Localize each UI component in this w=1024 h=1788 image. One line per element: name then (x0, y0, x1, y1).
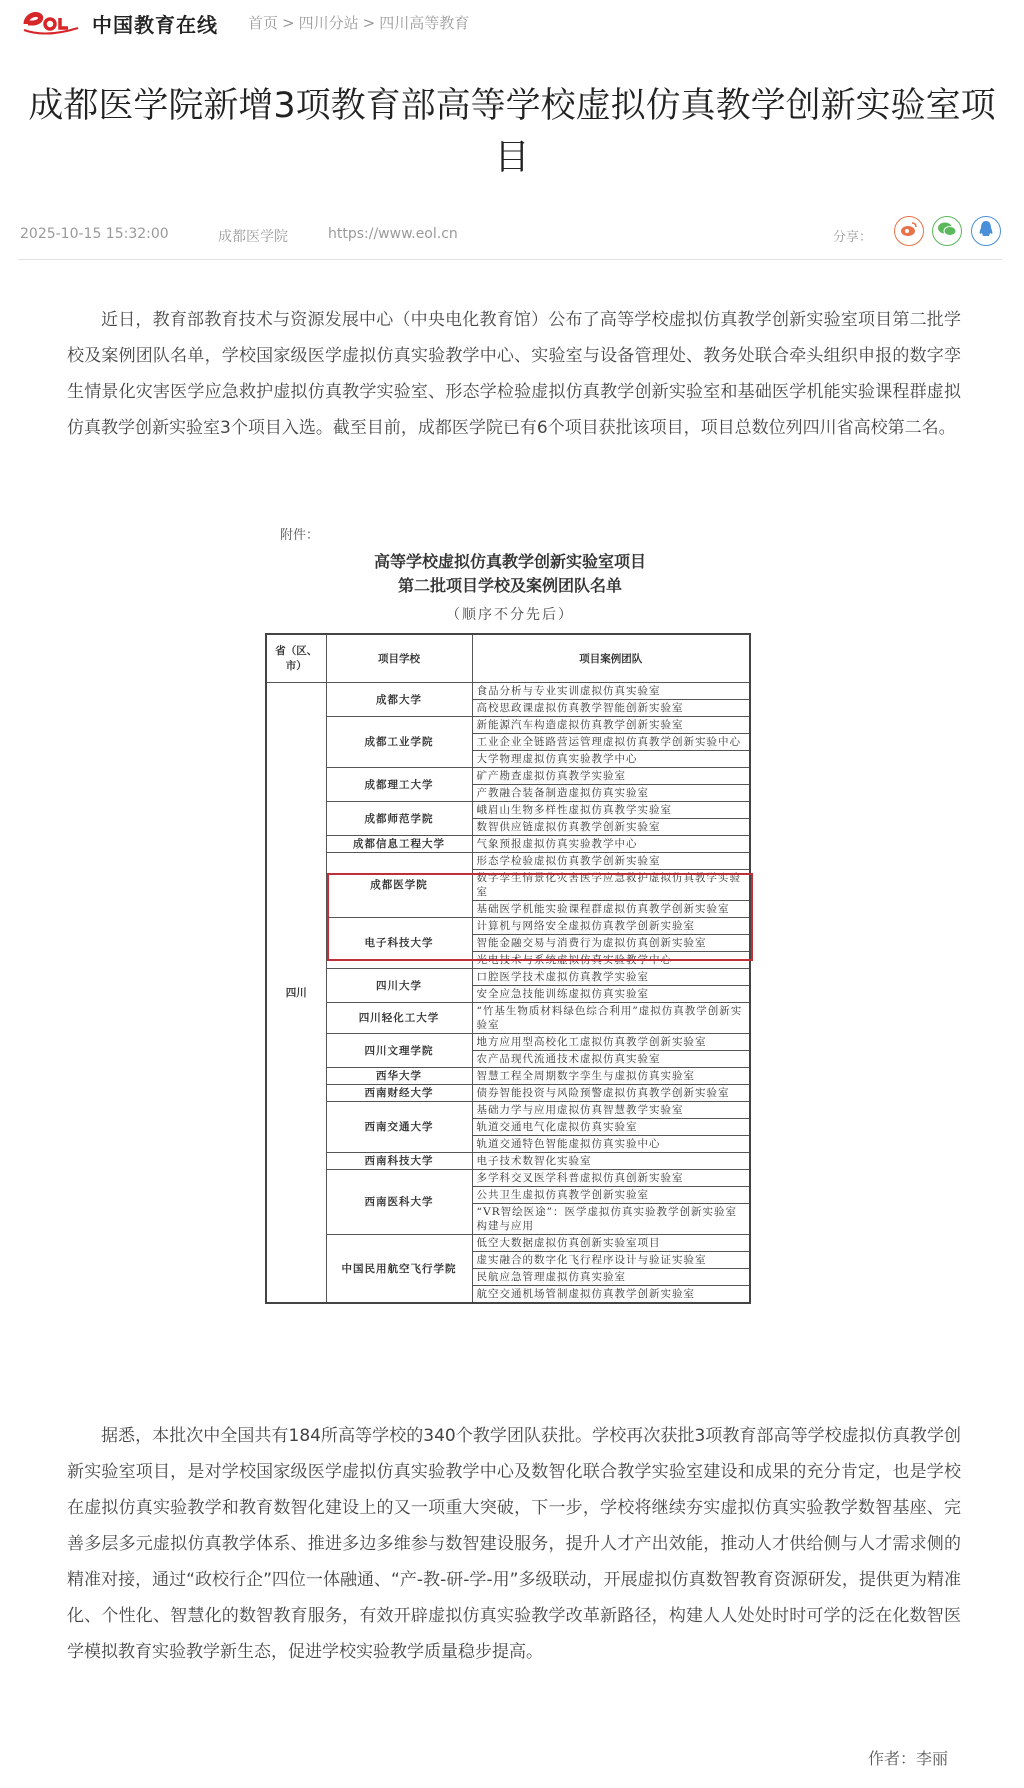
qq-icon (979, 220, 993, 242)
team-cell: 口腔医学技术虚拟仿真教学实验室 (472, 968, 750, 985)
breadcrumb-higher-edu[interactable]: 四川高等教育 (379, 14, 469, 32)
table-row: 西南科技大学电子技术数智化实验室 (266, 1152, 750, 1169)
table-row: 四川轻化工大学“竹基生物质材料绿色综合利用”虚拟仿真教学创新实验室 (266, 1002, 750, 1033)
attachment-subtitle: （顺序不分先后） (260, 604, 760, 624)
team-cell: 基础医学机能实验课程群虚拟仿真教学创新实验室 (472, 900, 750, 917)
team-cell: 工业企业全链路营运管理虚拟仿真教学创新实验中心 (472, 733, 750, 750)
header-province: 省（区、市） (266, 634, 326, 682)
team-cell: 食品分析与专业实训虚拟仿真实验室 (472, 682, 750, 699)
team-cell: 债券智能投资与风险预警虚拟仿真教学创新实验室 (472, 1084, 750, 1101)
table-row: 中国民用航空飞行学院低空大数据虚拟仿真创新实验室项目 (266, 1234, 750, 1251)
header-team: 项目案例团队 (472, 634, 750, 682)
team-cell: 轨道交通特色智能虚拟仿真实验中心 (472, 1135, 750, 1152)
share-weibo-button[interactable] (894, 216, 924, 246)
table-row: 成都理工大学矿产勘查虚拟仿真教学实验室 (266, 767, 750, 784)
team-cell: 计算机与网络安全虚拟仿真教学创新实验室 (472, 917, 750, 934)
school-cell: 四川轻化工大学 (326, 1002, 472, 1033)
breadcrumb-separator: > (282, 14, 295, 32)
school-cell: 成都师范学院 (326, 801, 472, 835)
team-cell: 高校思政课虚拟仿真教学智能创新实验室 (472, 699, 750, 716)
school-cell: 成都医学院 (326, 852, 472, 917)
article-paragraph-2: 据悉，本批次中全国共有184所高等学校的340个教学团队获批。学校再次获批3项教… (67, 1418, 961, 1670)
team-cell: 矿产勘查虚拟仿真教学实验室 (472, 767, 750, 784)
attachment-label: 附件： (280, 524, 319, 543)
school-cell: 西南科技大学 (326, 1152, 472, 1169)
team-cell: 农产品现代流通技术虚拟仿真实验室 (472, 1050, 750, 1067)
school-cell: 成都信息工程大学 (326, 835, 472, 852)
attachment-title-line-1: 高等学校虚拟仿真教学创新实验室项目 (260, 550, 760, 574)
project-list-table: 省（区、市） 项目学校 项目案例团队 四川成都大学食品分析与专业实训虚拟仿真实验… (265, 633, 751, 1304)
attachment-title: 高等学校虚拟仿真教学创新实验室项目 第二批项目学校及案例团队名单 (260, 550, 760, 598)
school-cell: 电子科技大学 (326, 917, 472, 968)
share-qq-button[interactable] (971, 216, 1001, 246)
school-cell: 西南交通大学 (326, 1101, 472, 1152)
table-row: 成都信息工程大学气象预报虚拟仿真实验教学中心 (266, 835, 750, 852)
share-wechat-button[interactable] (932, 216, 962, 246)
team-cell: 地方应用型高校化工虚拟仿真教学创新实验室 (472, 1033, 750, 1050)
eol-logo-icon[interactable] (22, 8, 82, 36)
team-cell: 低空大数据虚拟仿真创新实验室项目 (472, 1234, 750, 1251)
site-name[interactable]: 中国教育在线 (92, 9, 218, 38)
team-cell: 轨道交通电气化虚拟仿真实验室 (472, 1118, 750, 1135)
header-school: 项目学校 (326, 634, 472, 682)
team-cell: “VR智绘医途”：医学虚拟仿真实验教学创新实验室构建与应用 (472, 1203, 750, 1234)
table-row: 西南交通大学基础力学与应用虚拟仿真智慧教学实验室 (266, 1101, 750, 1118)
school-cell: 四川大学 (326, 968, 472, 1002)
author: 作者：李丽 (868, 1746, 948, 1769)
team-cell: 光电技术与系统虚拟仿真实验教学中心 (472, 951, 750, 968)
breadcrumb: 首页>四川分站>四川高等教育 (248, 12, 469, 33)
team-cell: 形态学检验虚拟仿真教学创新实验室 (472, 852, 750, 869)
article-meta: 2025-10-15 15:32:00 成都医学院 https://www.eo… (18, 224, 1002, 260)
table-row: 四川成都大学食品分析与专业实训虚拟仿真实验室 (266, 682, 750, 699)
team-cell: 智慧工程全周期数字孪生与虚拟仿真实验室 (472, 1067, 750, 1084)
school-cell: 四川文理学院 (326, 1033, 472, 1067)
school-cell: 成都理工大学 (326, 767, 472, 801)
wechat-icon (937, 221, 957, 241)
table-row: 西华大学智慧工程全周期数字孪生与虚拟仿真实验室 (266, 1067, 750, 1084)
table-header-row: 省（区、市） 项目学校 项目案例团队 (266, 634, 750, 682)
school-cell: 西南医科大学 (326, 1169, 472, 1234)
attachment-title-line-2: 第二批项目学校及案例团队名单 (260, 574, 760, 598)
team-cell: 多学科交叉医学科普虚拟仿真创新实验室 (472, 1169, 750, 1186)
team-cell: 虚实融合的数字化飞行程序设计与验证实验室 (472, 1251, 750, 1268)
school-cell: 中国民用航空飞行学院 (326, 1234, 472, 1303)
school-cell: 成都工业学院 (326, 716, 472, 767)
table-row: 成都医学院形态学检验虚拟仿真教学创新实验室 (266, 852, 750, 869)
breadcrumb-sichuan[interactable]: 四川分站 (299, 14, 359, 32)
weibo-icon (900, 221, 918, 241)
team-cell: 公共卫生虚拟仿真教学创新实验室 (472, 1186, 750, 1203)
team-cell: 数智供应链虚拟仿真教学创新实验室 (472, 818, 750, 835)
table-row: 四川大学口腔医学技术虚拟仿真教学实验室 (266, 968, 750, 985)
team-cell: 大学物理虚拟仿真实验教学中心 (472, 750, 750, 767)
team-cell: 数字孪生情景化灾害医学应急救护虚拟仿真教学实验室 (472, 869, 750, 900)
team-cell: 新能源汽车构造虚拟仿真教学创新实验室 (472, 716, 750, 733)
table-row: 成都工业学院新能源汽车构造虚拟仿真教学创新实验室 (266, 716, 750, 733)
team-cell: 安全应急技能训练虚拟仿真实验室 (472, 985, 750, 1002)
breadcrumb-home[interactable]: 首页 (248, 14, 278, 32)
team-cell: 电子技术数智化实验室 (472, 1152, 750, 1169)
publish-date: 2025-10-15 15:32:00 (20, 226, 169, 242)
team-cell: 智能金融交易与消费行为虚拟仿真创新实验室 (472, 934, 750, 951)
table-row: 西南医科大学多学科交叉医学科普虚拟仿真创新实验室 (266, 1169, 750, 1186)
share-label: 分享： (833, 226, 872, 245)
school-cell: 西南财经大学 (326, 1084, 472, 1101)
top-bar: 中国教育在线 首页>四川分站>四川高等教育 (0, 0, 1024, 44)
team-cell: 航空交通机场管制虚拟仿真教学创新实验室 (472, 1285, 750, 1303)
breadcrumb-separator: > (363, 14, 376, 32)
team-cell: 峨眉山生物多样性虚拟仿真教学实验室 (472, 801, 750, 818)
team-cell: 基础力学与应用虚拟仿真智慧教学实验室 (472, 1101, 750, 1118)
table-row: 成都师范学院峨眉山生物多样性虚拟仿真教学实验室 (266, 801, 750, 818)
team-cell: 产教融合装备制造虚拟仿真实验室 (472, 784, 750, 801)
article-title: 成都医学院新增3项教育部高等学校虚拟仿真教学创新实验室项目 (0, 80, 1024, 184)
article-paragraph-1: 近日，教育部教育技术与资源发展中心（中央电化教育馆）公布了高等学校虚拟仿真教学创… (67, 302, 961, 446)
team-cell: “竹基生物质材料绿色综合利用”虚拟仿真教学创新实验室 (472, 1002, 750, 1033)
article-source: 成都医学院 (218, 226, 288, 246)
school-cell: 成都大学 (326, 682, 472, 716)
school-cell: 西华大学 (326, 1067, 472, 1084)
source-url[interactable]: https://www.eol.cn (328, 226, 458, 242)
team-cell: 气象预报虚拟仿真实验教学中心 (472, 835, 750, 852)
table-row: 四川文理学院地方应用型高校化工虚拟仿真教学创新实验室 (266, 1033, 750, 1050)
province-cell: 四川 (266, 682, 326, 1303)
table-row: 电子科技大学计算机与网络安全虚拟仿真教学创新实验室 (266, 917, 750, 934)
team-cell: 民航应急管理虚拟仿真实验室 (472, 1268, 750, 1285)
table-row: 西南财经大学债券智能投资与风险预警虚拟仿真教学创新实验室 (266, 1084, 750, 1101)
